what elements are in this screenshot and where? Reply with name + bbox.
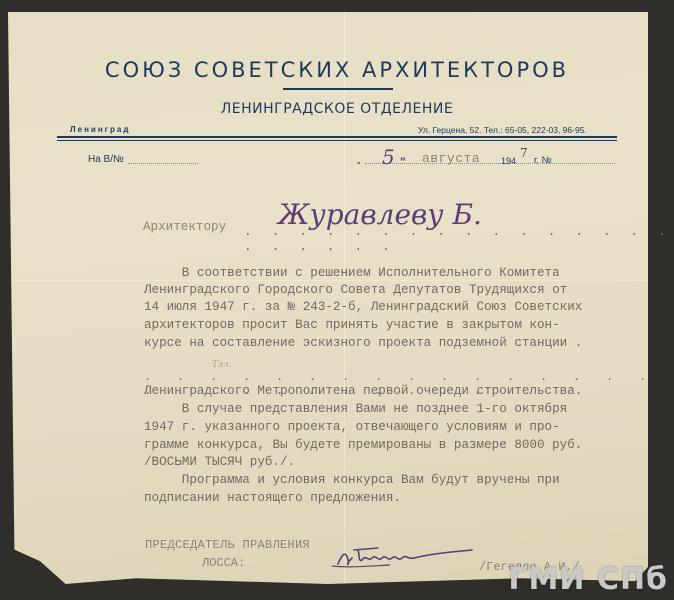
body-line: В случае представления Вами не позднее 1… bbox=[144, 402, 567, 416]
letterhead-branch: ЛЕНИНГРАДСКОЕ ОТДЕЛЕНИЕ bbox=[0, 101, 674, 117]
body-line: грамме конкурса, Вы будете премированы в… bbox=[144, 438, 582, 452]
addressee-label: Архитектору bbox=[143, 220, 226, 234]
body-line: подписании настоящего предложения. bbox=[144, 491, 401, 505]
date-month: августа bbox=[422, 151, 480, 166]
body-line: 14 июля 1947 г. за № 243-2-б, Ленинградс… bbox=[144, 300, 582, 314]
reference-label: На В/№ bbox=[88, 154, 124, 165]
letterhead-rule-thin bbox=[57, 140, 617, 141]
paper-fold-horizontal bbox=[8, 280, 648, 281]
body-line: /ВОСЬМИ ТЫСЯЧ руб./. bbox=[144, 455, 295, 469]
date-year-handwritten: 7 bbox=[520, 146, 528, 160]
date-quote-open: „ bbox=[357, 155, 360, 166]
date-day-handwritten: 5 bbox=[382, 145, 395, 169]
body-line: архитекторов просит Вас принять участие … bbox=[144, 318, 560, 332]
body-line: Ленинградского Метрополитена первой очер… bbox=[144, 384, 582, 398]
letterhead-address: Ул. Герцена, 52. Тел.: 65-05, 222-03, 96… bbox=[418, 125, 587, 135]
letterhead-organization: СОЮЗ СОВЕТСКИХ АРХИТЕКТОРОВ bbox=[0, 58, 674, 82]
body-line: В соответствии с решением Исполнительног… bbox=[144, 266, 560, 280]
station-note-handwritten: Тэл. bbox=[212, 360, 232, 370]
reference-dotted-field bbox=[128, 163, 198, 164]
date-year-prefix: 194 bbox=[501, 156, 516, 166]
letterhead-rule-thick bbox=[57, 136, 617, 138]
body-line: курсе на составление эскизного проекта п… bbox=[144, 336, 582, 350]
signatory-title: ПРЕДСЕДАТЕЛЬ ПРАВЛЕНИЯ bbox=[145, 538, 310, 552]
date-quote-close: " bbox=[400, 155, 406, 169]
body-line: Ленинградского Городского Совета Депутат… bbox=[144, 283, 567, 297]
signatory-organization: ЛОССА: bbox=[202, 556, 245, 570]
addressee-name-handwritten: Журавлеву Б. bbox=[278, 198, 482, 231]
body-line: Программа и условия конкурса Вам будут в… bbox=[144, 473, 560, 487]
outgoing-number-label: г. № bbox=[534, 155, 552, 166]
body-line: 1947 г. указанного проекта, отвечающего … bbox=[144, 420, 560, 434]
handwritten-signature-icon bbox=[330, 540, 480, 570]
museum-watermark: ГМИ СПб bbox=[508, 562, 668, 597]
letterhead-city: Ленинград bbox=[70, 125, 130, 134]
letterhead-divider bbox=[283, 88, 393, 90]
